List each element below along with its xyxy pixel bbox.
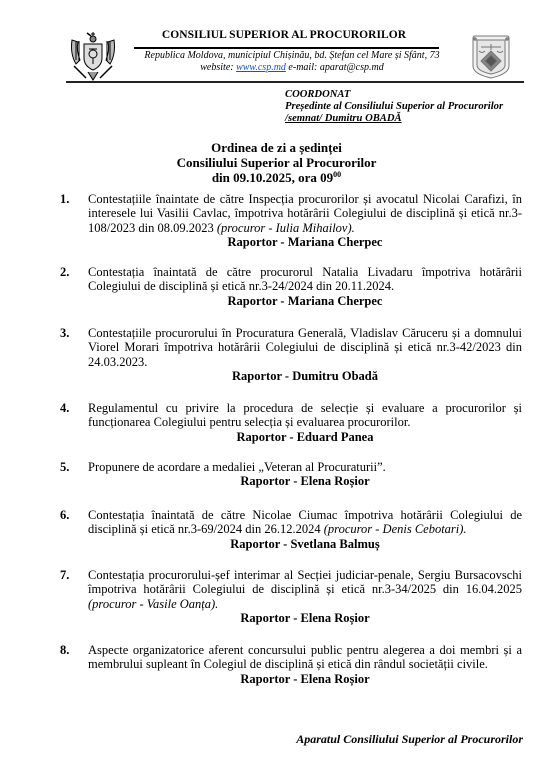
agenda-item-number: 8.	[60, 643, 69, 657]
agenda-item: 8. Aspecte organizatorice aferent concur…	[60, 643, 522, 686]
agenda-item: 2. Contestația înaintată de către procur…	[60, 265, 522, 308]
agenda-item-rapporteur: Raportor - Dumitru Obadă	[88, 369, 522, 383]
contact-line: website: www.csp.md e-mail: aparat@csp.m…	[124, 62, 460, 74]
moldova-coat-of-arms-icon	[68, 30, 118, 82]
approval-role: Președinte al Consiliului Superior al Pr…	[285, 101, 503, 113]
email-address: aparat@csp.md	[320, 62, 384, 73]
meeting-time-minutes: 00	[333, 170, 341, 179]
agenda-item-text: Contestația înaintată de către procuroru…	[88, 265, 522, 294]
agenda-item-rapporteur: Raportor - Svetlana Balmuș	[88, 537, 522, 551]
agenda-item-number: 4.	[60, 401, 69, 415]
agenda-item-rapporteur: Raportor - Mariana Cherpec	[88, 235, 522, 249]
agenda-item-text: Aspecte organizatorice aferent concursul…	[88, 643, 522, 672]
organization-title: CONSILIUL SUPERIOR AL PROCURORILOR	[124, 29, 444, 41]
agenda-item: 6. Contestația înaintată de către Nicola…	[60, 508, 522, 551]
document-title: Ordinea de zi a ședinței Consiliului Sup…	[0, 140, 553, 185]
agenda-item: 4. Regulamentul cu privire la procedura …	[60, 401, 522, 444]
agenda-item-rapporteur: Raportor - Elena Roșior	[88, 611, 522, 625]
website-label: website:	[200, 62, 233, 73]
header-bottom-divider	[66, 81, 524, 83]
agenda-item-rapporteur: Raportor - Eduard Panea	[88, 430, 522, 444]
website-link[interactable]: www.csp.md	[236, 62, 286, 73]
agenda-item: 1. Contestațiile înaintate de către Insp…	[60, 192, 522, 249]
agenda-item: 5. Propunere de acordare a medaliei „Vet…	[60, 460, 522, 488]
header-divider	[134, 47, 439, 49]
agenda-item-number: 7.	[60, 568, 69, 582]
agenda-item-number: 5.	[60, 460, 69, 474]
agenda-item-text: Contestația procurorului-șef interimar a…	[88, 568, 522, 611]
document-page: CONSILIUL SUPERIOR AL PROCURORILOR Repub…	[0, 0, 553, 782]
approval-block: COORDONAT Președinte al Consiliului Supe…	[285, 89, 503, 125]
title-line-2: Consiliului Superior al Procurorilor	[0, 155, 553, 170]
email-label: e-mail:	[288, 62, 317, 73]
agenda-item: 7. Contestația procurorului-șef interima…	[60, 568, 522, 625]
approval-signature: /semnat/ Dumitru OBADĂ	[285, 113, 503, 125]
title-line-1: Ordinea de zi a ședinței	[0, 140, 553, 155]
agenda-item-rapporteur: Raportor - Elena Roșior	[88, 672, 522, 686]
csp-emblem-icon	[470, 34, 512, 80]
agenda-item-text: Regulamentul cu privire la procedura de …	[88, 401, 522, 430]
agenda-item: 3. Contestațiile procurorului în Procura…	[60, 326, 522, 383]
title-line-3: din 09.10.2025, ora 0900	[0, 170, 553, 185]
agenda-item-text: Propunere de acordare a medaliei „Vetera…	[88, 460, 522, 474]
agenda-item-text: Contestația înaintată de către Nicolae C…	[88, 508, 522, 537]
agenda-item-rapporteur: Raportor - Elena Roșior	[88, 474, 522, 488]
agenda-item-number: 3.	[60, 326, 69, 340]
agenda-item-number: 1.	[60, 192, 69, 206]
approval-status: COORDONAT	[285, 89, 503, 101]
agenda-item-number: 6.	[60, 508, 69, 522]
address-line: Republica Moldova, municipiul Chișinău, …	[124, 50, 460, 62]
footer-signature: Aparatul Consiliului Superior al Procuro…	[296, 732, 523, 747]
organization-address: Republica Moldova, municipiul Chișinău, …	[124, 50, 460, 74]
agenda-item-rapporteur: Raportor - Mariana Cherpec	[88, 294, 522, 308]
meeting-date-time: din 09.10.2025, ora 09	[212, 170, 333, 185]
agenda-item-number: 2.	[60, 265, 69, 279]
agenda-item-text: Contestațiile procurorului în Procuratur…	[88, 326, 522, 369]
agenda-item-text: Contestațiile înaintate de către Inspecț…	[88, 192, 522, 235]
